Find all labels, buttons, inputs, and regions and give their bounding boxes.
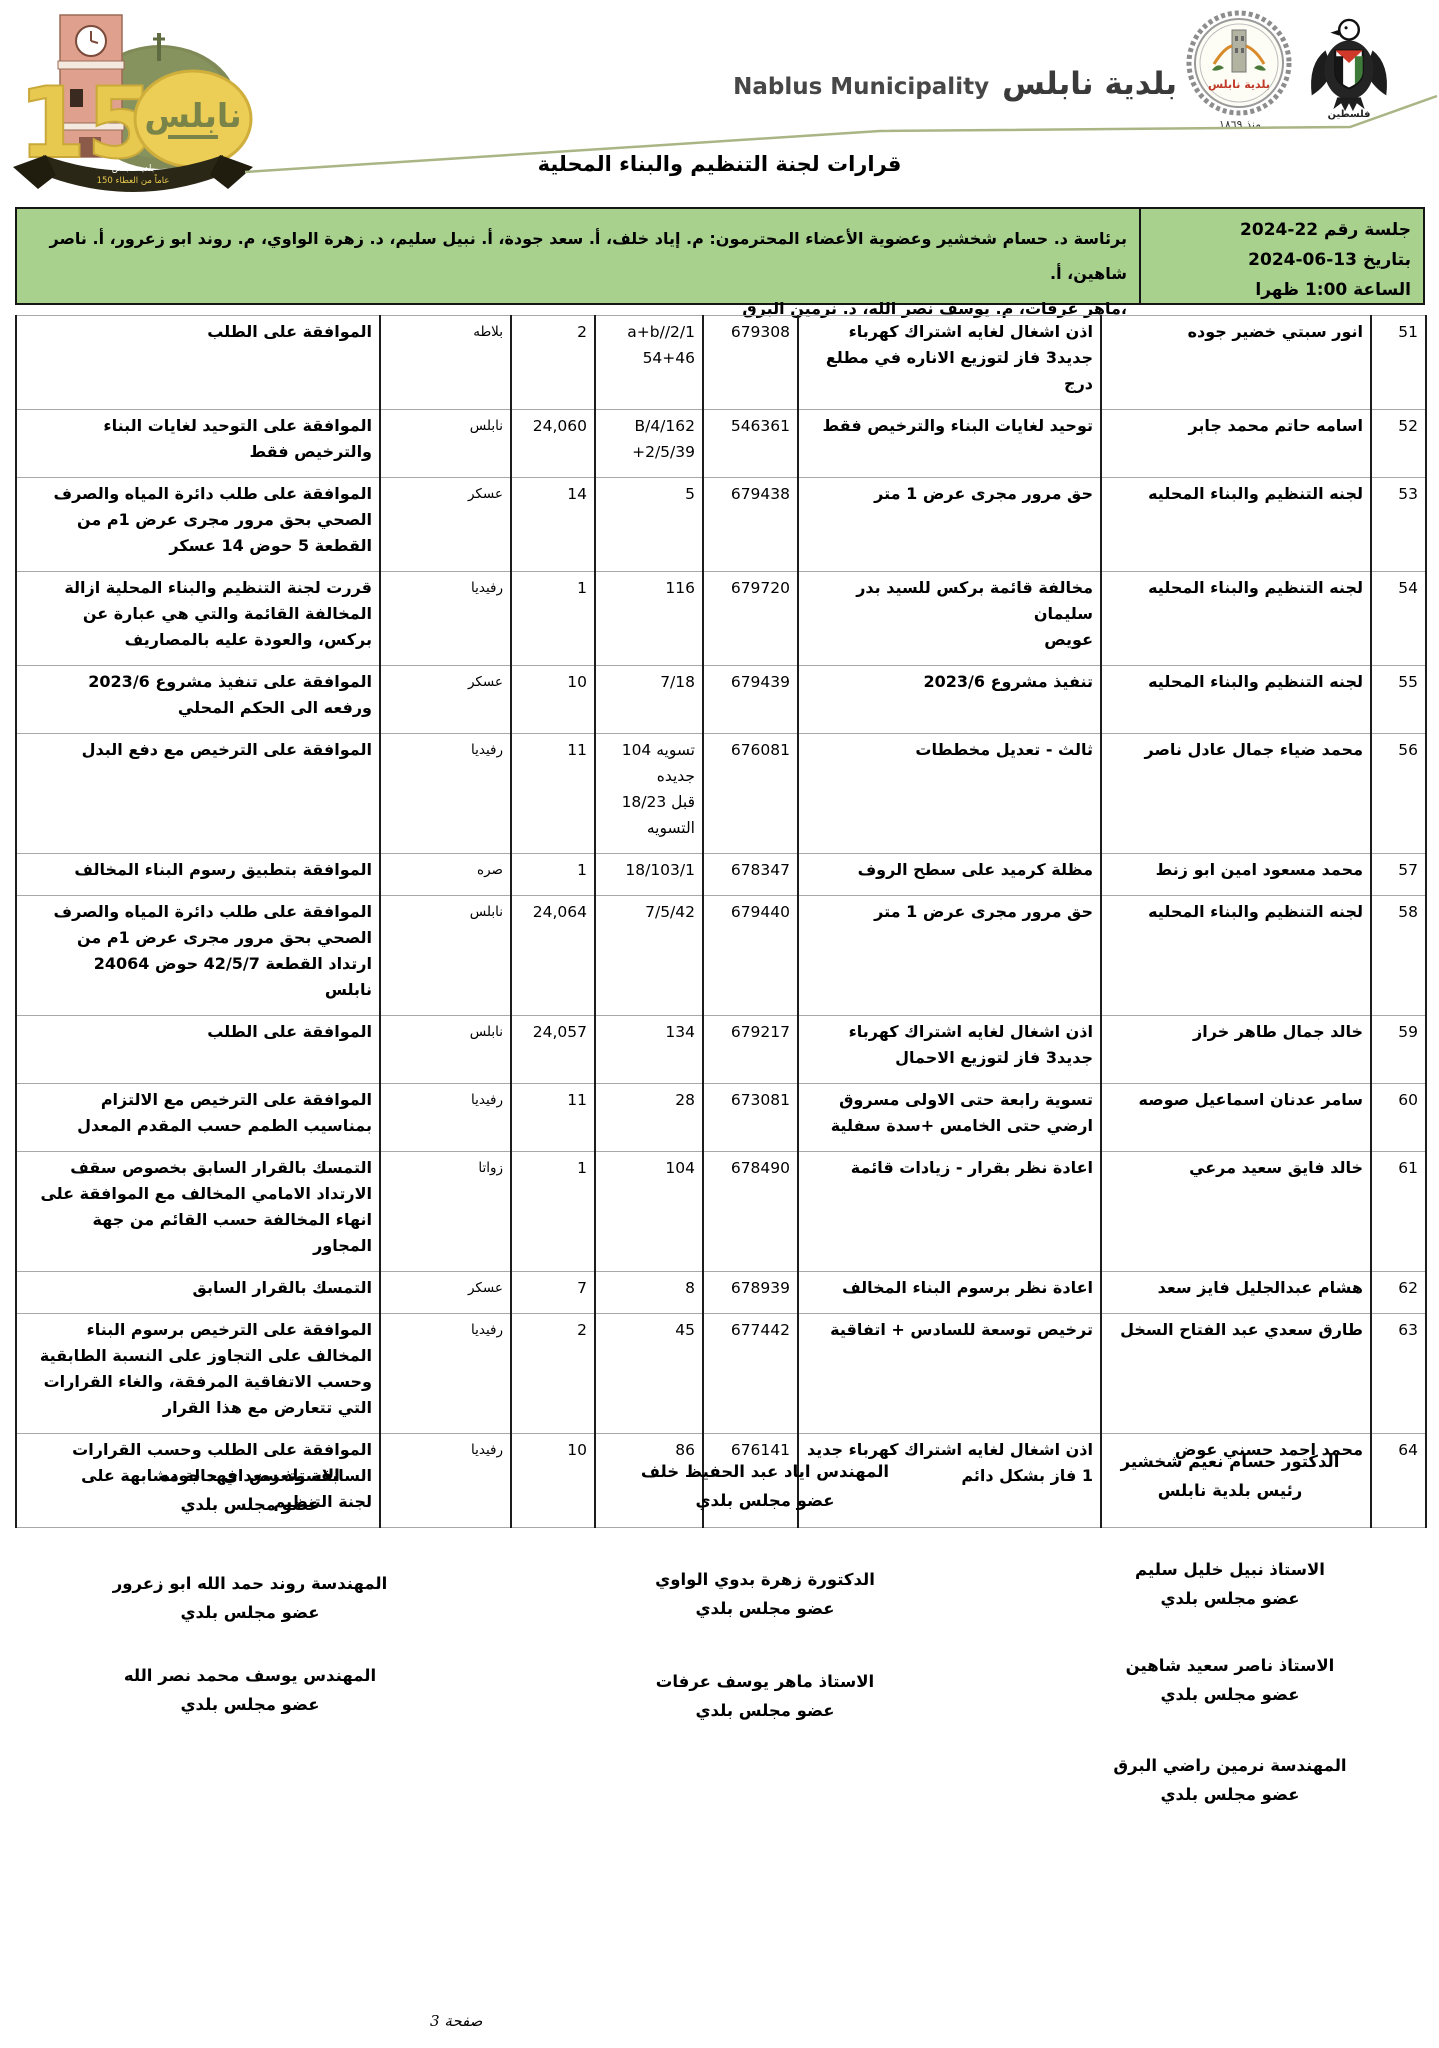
- applicant-name-cell: اسامه حاتم محمد جابر: [1101, 410, 1371, 478]
- subject-cell: حق مرور مجرى عرض 1 متر: [798, 478, 1101, 572]
- signatory-name: الاستاذ نبيل خليل سليم: [1040, 1560, 1420, 1580]
- area-name-cell: صره: [380, 854, 511, 896]
- attendees-cell: برئاسة د. حسام شخشير وعضوية الأعضاء المح…: [17, 209, 1139, 303]
- plot-number-cell: 134: [595, 1016, 703, 1084]
- area-name-cell: رفيديا: [380, 734, 511, 854]
- page-number: صفحة 3: [430, 2012, 482, 2030]
- subject-cell: ثالث - تعديل مخططات: [798, 734, 1101, 854]
- brand-line: بلدية نابلس Nablus Municipality: [733, 66, 1177, 102]
- block-number-cell: 7: [511, 1272, 595, 1314]
- row-number-cell: 61: [1371, 1152, 1426, 1272]
- block-number-cell: 2: [511, 1314, 595, 1434]
- subject-cell: توحيد لغايات البناء والترخيص فقط: [798, 410, 1101, 478]
- session-date: بتاريخ 13-06-2024: [1147, 245, 1411, 275]
- signature-block: الاستاذ ناصر سعيد شاهينعضو مجلس بلدي: [1040, 1656, 1420, 1705]
- table-row: 59خالد جمال طاهر خرازاذن اشغال لغايه اشت…: [16, 1016, 1426, 1084]
- signature-block: الاستاذ نبيل خليل سليمعضو مجلس بلدي: [1040, 1560, 1420, 1609]
- reference-number-cell: 678939: [703, 1272, 798, 1314]
- table-row: 61خالد فايق سعيد مرعياعادة نظر بقرار - ز…: [16, 1152, 1426, 1272]
- row-number-cell: 51: [1371, 316, 1426, 410]
- table-row: 54لجنه التنظيم والبناء المحليهمخالفة قائ…: [16, 572, 1426, 666]
- decision-cell: الموافقة على الترخيص مع الالتزام بمناسيب…: [16, 1084, 380, 1152]
- plot-number-cell: 116: [595, 572, 703, 666]
- area-name-cell: نابلس: [380, 896, 511, 1016]
- decision-cell: الموافقة على الطلب: [16, 1016, 380, 1084]
- area-name-cell: نابلس: [380, 410, 511, 478]
- block-number-cell: 1: [511, 572, 595, 666]
- block-number-cell: 24,057: [511, 1016, 595, 1084]
- decision-cell: قررت لجنة التنظيم والبناء المحلية ازالة …: [16, 572, 380, 666]
- row-number-cell: 52: [1371, 410, 1426, 478]
- nablus-municipal-seal-icon: بلدية نابلس: [1183, 8, 1295, 120]
- row-number-cell: 62: [1371, 1272, 1426, 1314]
- table-row: 51انور سبتي خضير جودهاذن اشغال لغايه اشت…: [16, 316, 1426, 410]
- block-number-cell: 14: [511, 478, 595, 572]
- area-name-cell: عسكر: [380, 1272, 511, 1314]
- signatory-role: عضو مجلس بلدي: [1040, 1589, 1420, 1609]
- plot-number-cell: 18/103/1: [595, 854, 703, 896]
- document-page: 15 نابلس بلدية نابلس 150 عاماً من العطاء…: [0, 0, 1439, 2048]
- signatory-role: عضو مجلس بلدي: [1040, 1785, 1420, 1805]
- reference-number-cell: 679440: [703, 896, 798, 1016]
- row-number-cell: 58: [1371, 896, 1426, 1016]
- signatory-name: الاستاذ ماهر يوسف عرفات: [575, 1672, 955, 1692]
- area-name-cell: رفيديا: [380, 1314, 511, 1434]
- row-number-cell: 63: [1371, 1314, 1426, 1434]
- table-row: 56محمد ضياء جمال عادل ناصرثالث - تعديل م…: [16, 734, 1426, 854]
- session-meta-cell: جلسة رقم 22-2024 بتاريخ 13-06-2024 الساع…: [1139, 209, 1423, 303]
- area-name-cell: عسكر: [380, 478, 511, 572]
- table-row: 60سامر عدنان اسماعيل صوصهتسوية رابعة حتى…: [16, 1084, 1426, 1152]
- row-number-cell: 60: [1371, 1084, 1426, 1152]
- signatory-role: عضو مجلس بلدي: [575, 1599, 955, 1619]
- reference-number-cell: 679217: [703, 1016, 798, 1084]
- plot-number-cell: B/4/162 +2/5/39: [595, 410, 703, 478]
- plot-number-cell: 28: [595, 1084, 703, 1152]
- row-number-cell: 56: [1371, 734, 1426, 854]
- signatory-name: المهندس اياد عبد الحفيظ خلف: [575, 1462, 955, 1482]
- brand-arabic: بلدية نابلس: [1002, 66, 1177, 102]
- subject-cell: مخالفة قائمة بركس للسيد بدر سليمان عويص: [798, 572, 1101, 666]
- plot-number-cell: 7/18: [595, 666, 703, 734]
- brand-english: Nablus Municipality: [733, 74, 989, 100]
- table-row: 52اسامه حاتم محمد جابرتوحيد لغايات البنا…: [16, 410, 1426, 478]
- applicant-name-cell: خالد فايق سعيد مرعي: [1101, 1152, 1371, 1272]
- table-row: 57محمد مسعود امين ابو زنطمظلة كرميد على …: [16, 854, 1426, 896]
- subject-cell: تسوية رابعة حتى الاولى مسروق ارضي حتى ال…: [798, 1084, 1101, 1152]
- subject-cell: اذن اشغال لغايه اشتراك كهرباء جديد3 فاز …: [798, 1016, 1101, 1084]
- reference-number-cell: 546361: [703, 410, 798, 478]
- signatory-role: رئيس بلدية نابلس: [1040, 1481, 1420, 1501]
- reference-number-cell: 673081: [703, 1084, 798, 1152]
- signatory-role: عضو مجلس بلدي: [575, 1701, 955, 1721]
- area-name-cell: نابلس: [380, 1016, 511, 1084]
- signature-block: المهندسة روند حمد الله ابو زعرورعضو مجلس…: [60, 1574, 440, 1623]
- block-number-cell: 2: [511, 316, 595, 410]
- subject-cell: اعادة نظر برسوم البناء المخالف: [798, 1272, 1101, 1314]
- applicant-name-cell: محمد ضياء جمال عادل ناصر: [1101, 734, 1371, 854]
- session-time: الساعة 1:00 ظهرا: [1147, 275, 1411, 305]
- signature-block: الدكتورة زهرة بدوي الواويعضو مجلس بلدي: [575, 1570, 955, 1619]
- plot-number-cell: 5: [595, 478, 703, 572]
- area-name-cell: رفيديا: [380, 572, 511, 666]
- block-number-cell: 24,064: [511, 896, 595, 1016]
- emblem-label: فلسطين: [1328, 109, 1371, 120]
- applicant-name-cell: محمد مسعود امين ابو زنط: [1101, 854, 1371, 896]
- row-number-cell: 53: [1371, 478, 1426, 572]
- signatory-name: الدكتورة زهرة بدوي الواوي: [575, 1570, 955, 1590]
- decision-cell: التمسك بالقرار السابق: [16, 1272, 380, 1314]
- block-number-cell: 1: [511, 854, 595, 896]
- reference-number-cell: 679720: [703, 572, 798, 666]
- applicant-name-cell: هشام عبدالجليل فايز سعد: [1101, 1272, 1371, 1314]
- table-row: 58لجنه التنظيم والبناء المحليهحق مرور مج…: [16, 896, 1426, 1016]
- subject-cell: اذن اشغال لغايه اشتراك كهرباء جديد3 فاز …: [798, 316, 1101, 410]
- reference-number-cell: 679439: [703, 666, 798, 734]
- block-number-cell: 24,060: [511, 410, 595, 478]
- signatory-role: عضو مجلس بلدي: [60, 1695, 440, 1715]
- block-number-cell: 1: [511, 1152, 595, 1272]
- table-row: 55لجنه التنظيم والبناء المحليهتنفيذ مشرو…: [16, 666, 1426, 734]
- decision-cell: الموافقة على التوحيد لغايات البناء والتر…: [16, 410, 380, 478]
- subject-cell: تنفيذ مشروع 2023/6: [798, 666, 1101, 734]
- palestine-eagle-emblem-icon: فلسطين: [1300, 12, 1398, 120]
- applicant-name-cell: لجنه التنظيم والبناء المحليه: [1101, 896, 1371, 1016]
- decision-cell: الموافقة على طلب دائرة المياه والصرف الص…: [16, 478, 380, 572]
- signatory-role: عضو مجلس بلدي: [1040, 1685, 1420, 1705]
- decision-cell: الموافقة بتطبيق رسوم البناء المخالف: [16, 854, 380, 896]
- signature-block: المهندسة نرمين راضي البرقعضو مجلس بلدي: [1040, 1756, 1420, 1805]
- reference-number-cell: 676081: [703, 734, 798, 854]
- reference-number-cell: 678347: [703, 854, 798, 896]
- decisions-table: 51انور سبتي خضير جودهاذن اشغال لغايه اشت…: [15, 315, 1427, 1528]
- plot-number-cell: 7/5/42: [595, 896, 703, 1016]
- decision-cell: الموافقة على الترخيص برسوم البناء المخال…: [16, 1314, 380, 1434]
- plot-number-cell: 104: [595, 1152, 703, 1272]
- decision-cell: التمسك بالقرار السابق بخصوص سقف الارتداد…: [16, 1152, 380, 1272]
- applicant-name-cell: لجنه التنظيم والبناء المحليه: [1101, 666, 1371, 734]
- plot-number-cell: 45: [595, 1314, 703, 1434]
- signatory-role: عضو مجلس بلدي: [575, 1491, 955, 1511]
- reference-number-cell: 677442: [703, 1314, 798, 1434]
- row-number-cell: 59: [1371, 1016, 1426, 1084]
- reference-number-cell: 679438: [703, 478, 798, 572]
- signature-block: المهندس يوسف محمد نصر اللهعضو مجلس بلدي: [60, 1666, 440, 1715]
- subject-cell: اعادة نظر بقرار - زيادات قائمة: [798, 1152, 1101, 1272]
- decision-cell: الموافقة على تنفيذ مشروع 2023/6 ورفعه ال…: [16, 666, 380, 734]
- signature-block: الاستاذ سعد فهد جودهعضو مجلس بلدي: [60, 1466, 440, 1515]
- block-number-cell: 10: [511, 666, 595, 734]
- signatory-name: الاستاذ ناصر سعيد شاهين: [1040, 1656, 1420, 1676]
- svg-text:بلدية نابلس: بلدية نابلس: [1208, 78, 1270, 91]
- table-row: 62هشام عبدالجليل فايز سعداعادة نظر برسوم…: [16, 1272, 1426, 1314]
- applicant-name-cell: خالد جمال طاهر خراز: [1101, 1016, 1371, 1084]
- applicant-name-cell: سامر عدنان اسماعيل صوصه: [1101, 1084, 1371, 1152]
- row-number-cell: 57: [1371, 854, 1426, 896]
- table-row: 63طارق سعدي عبد الفتاح السخلترخيص توسعة …: [16, 1314, 1426, 1434]
- attendees-line-1: برئاسة د. حسام شخشير وعضوية الأعضاء المح…: [27, 221, 1127, 291]
- decision-cell: الموافقة على الترخيص مع دفع البدل: [16, 734, 380, 854]
- subject-cell: مظلة كرميد على سطح الروف: [798, 854, 1101, 896]
- session-number: جلسة رقم 22-2024: [1147, 215, 1411, 245]
- block-number-cell: 11: [511, 1084, 595, 1152]
- decision-cell: الموافقة على طلب دائرة المياه والصرف الص…: [16, 896, 380, 1016]
- signature-block: المهندس اياد عبد الحفيظ خلفعضو مجلس بلدي: [575, 1462, 955, 1511]
- block-number-cell: 11: [511, 734, 595, 854]
- subject-cell: ترخيص توسعة للسادس + اتفاقية: [798, 1314, 1101, 1434]
- area-name-cell: زواتا: [380, 1152, 511, 1272]
- signatory-name: المهندسة روند حمد الله ابو زعرور: [60, 1574, 440, 1594]
- table-row: 53لجنه التنظيم والبناء المحليهحق مرور مج…: [16, 478, 1426, 572]
- area-name-cell: رفيديا: [380, 1084, 511, 1152]
- signatory-name: الاستاذ سعد فهد جوده: [60, 1466, 440, 1486]
- applicant-name-cell: لجنه التنظيم والبناء المحليه: [1101, 572, 1371, 666]
- row-number-cell: 55: [1371, 666, 1426, 734]
- applicant-name-cell: لجنه التنظيم والبناء المحليه: [1101, 478, 1371, 572]
- document-title: قرارات لجنة التنظيم والبناء المحلية: [0, 152, 1439, 176]
- signature-block: الاستاذ ماهر يوسف عرفاتعضو مجلس بلدي: [575, 1672, 955, 1721]
- decision-cell: الموافقة على الطلب: [16, 316, 380, 410]
- area-name-cell: عسكر: [380, 666, 511, 734]
- plot-number-cell: 8: [595, 1272, 703, 1314]
- reference-number-cell: 679308: [703, 316, 798, 410]
- plot-number-cell: a+b//2/1 54+46: [595, 316, 703, 410]
- subject-cell: حق مرور مجرى عرض 1 متر: [798, 896, 1101, 1016]
- row-number-cell: 54: [1371, 572, 1426, 666]
- seal-since-text: منذ ١٨٦٩: [1195, 118, 1285, 131]
- plot-number-cell: 104 تسويه جديده 18/23 قبل التسويه: [595, 734, 703, 854]
- session-info-bar: جلسة رقم 22-2024 بتاريخ 13-06-2024 الساع…: [15, 207, 1425, 305]
- svg-text:نابلس: نابلس: [144, 96, 241, 135]
- area-name-cell: بلاطه: [380, 316, 511, 410]
- signatory-role: عضو مجلس بلدي: [60, 1495, 440, 1515]
- applicant-name-cell: انور سبتي خضير جوده: [1101, 316, 1371, 410]
- signatory-name: المهندسة نرمين راضي البرق: [1040, 1756, 1420, 1776]
- reference-number-cell: 678490: [703, 1152, 798, 1272]
- signature-block: الدكتور حسام نعيم شخشيررئيس بلدية نابلس: [1040, 1452, 1420, 1501]
- applicant-name-cell: طارق سعدي عبد الفتاح السخل: [1101, 1314, 1371, 1434]
- signatory-name: المهندس يوسف محمد نصر الله: [60, 1666, 440, 1686]
- signatory-name: الدكتور حسام نعيم شخشير: [1040, 1452, 1420, 1472]
- signatory-role: عضو مجلس بلدي: [60, 1603, 440, 1623]
